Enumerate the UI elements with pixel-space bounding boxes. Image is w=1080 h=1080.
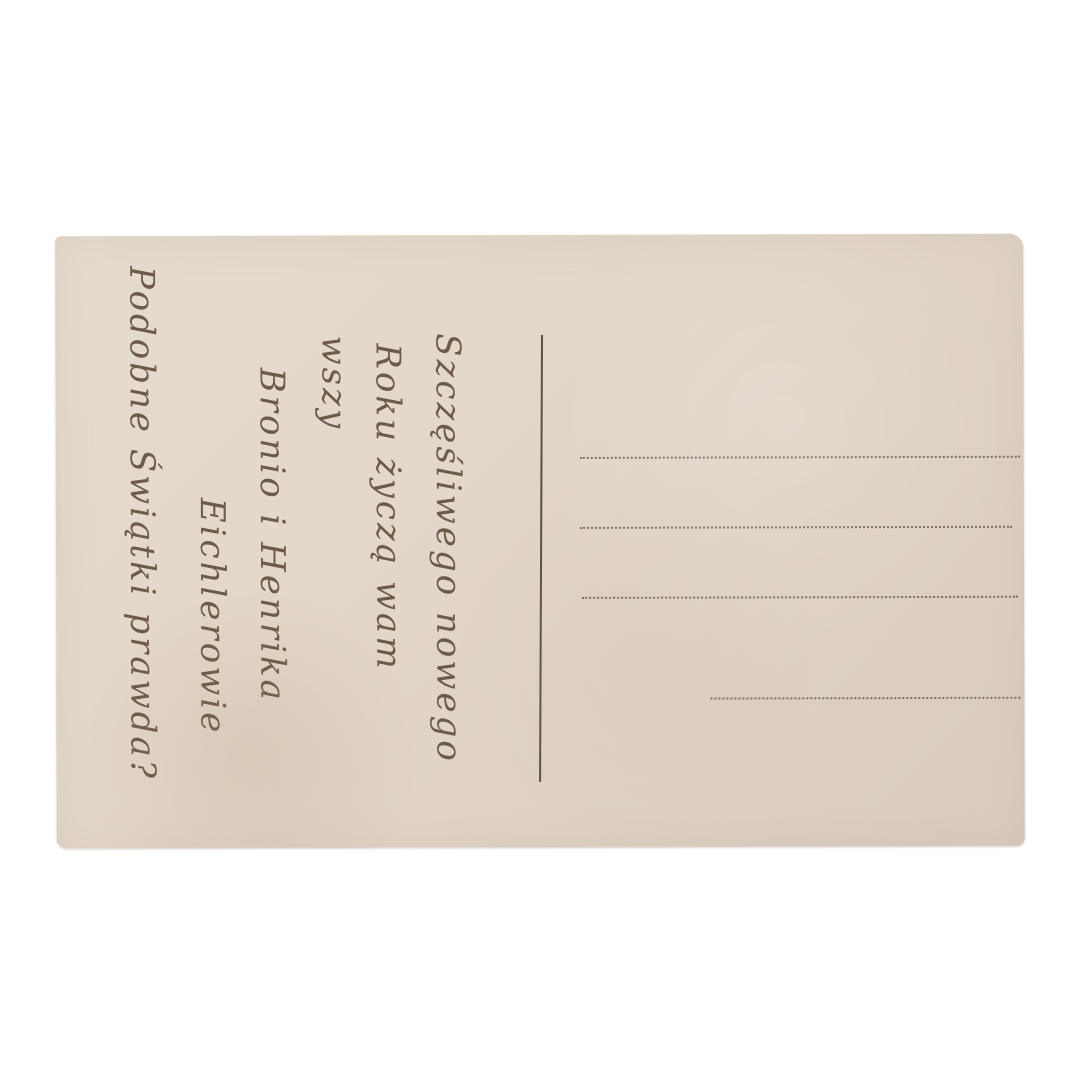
postcard: Szczęśliwego nowego Roku życzą wam wszy … [55,234,1025,849]
message-line-5: Eichlerowie [192,498,233,736]
message-line-6: Podobne Świątki prawda? [121,266,162,781]
message-line-4: Bronio i Henrika [252,368,293,703]
message-line-3: wszy [313,335,353,431]
message-line-1: Szczęśliwego nowego [427,333,468,764]
message-line-2: Roku życzą wam [367,343,408,671]
